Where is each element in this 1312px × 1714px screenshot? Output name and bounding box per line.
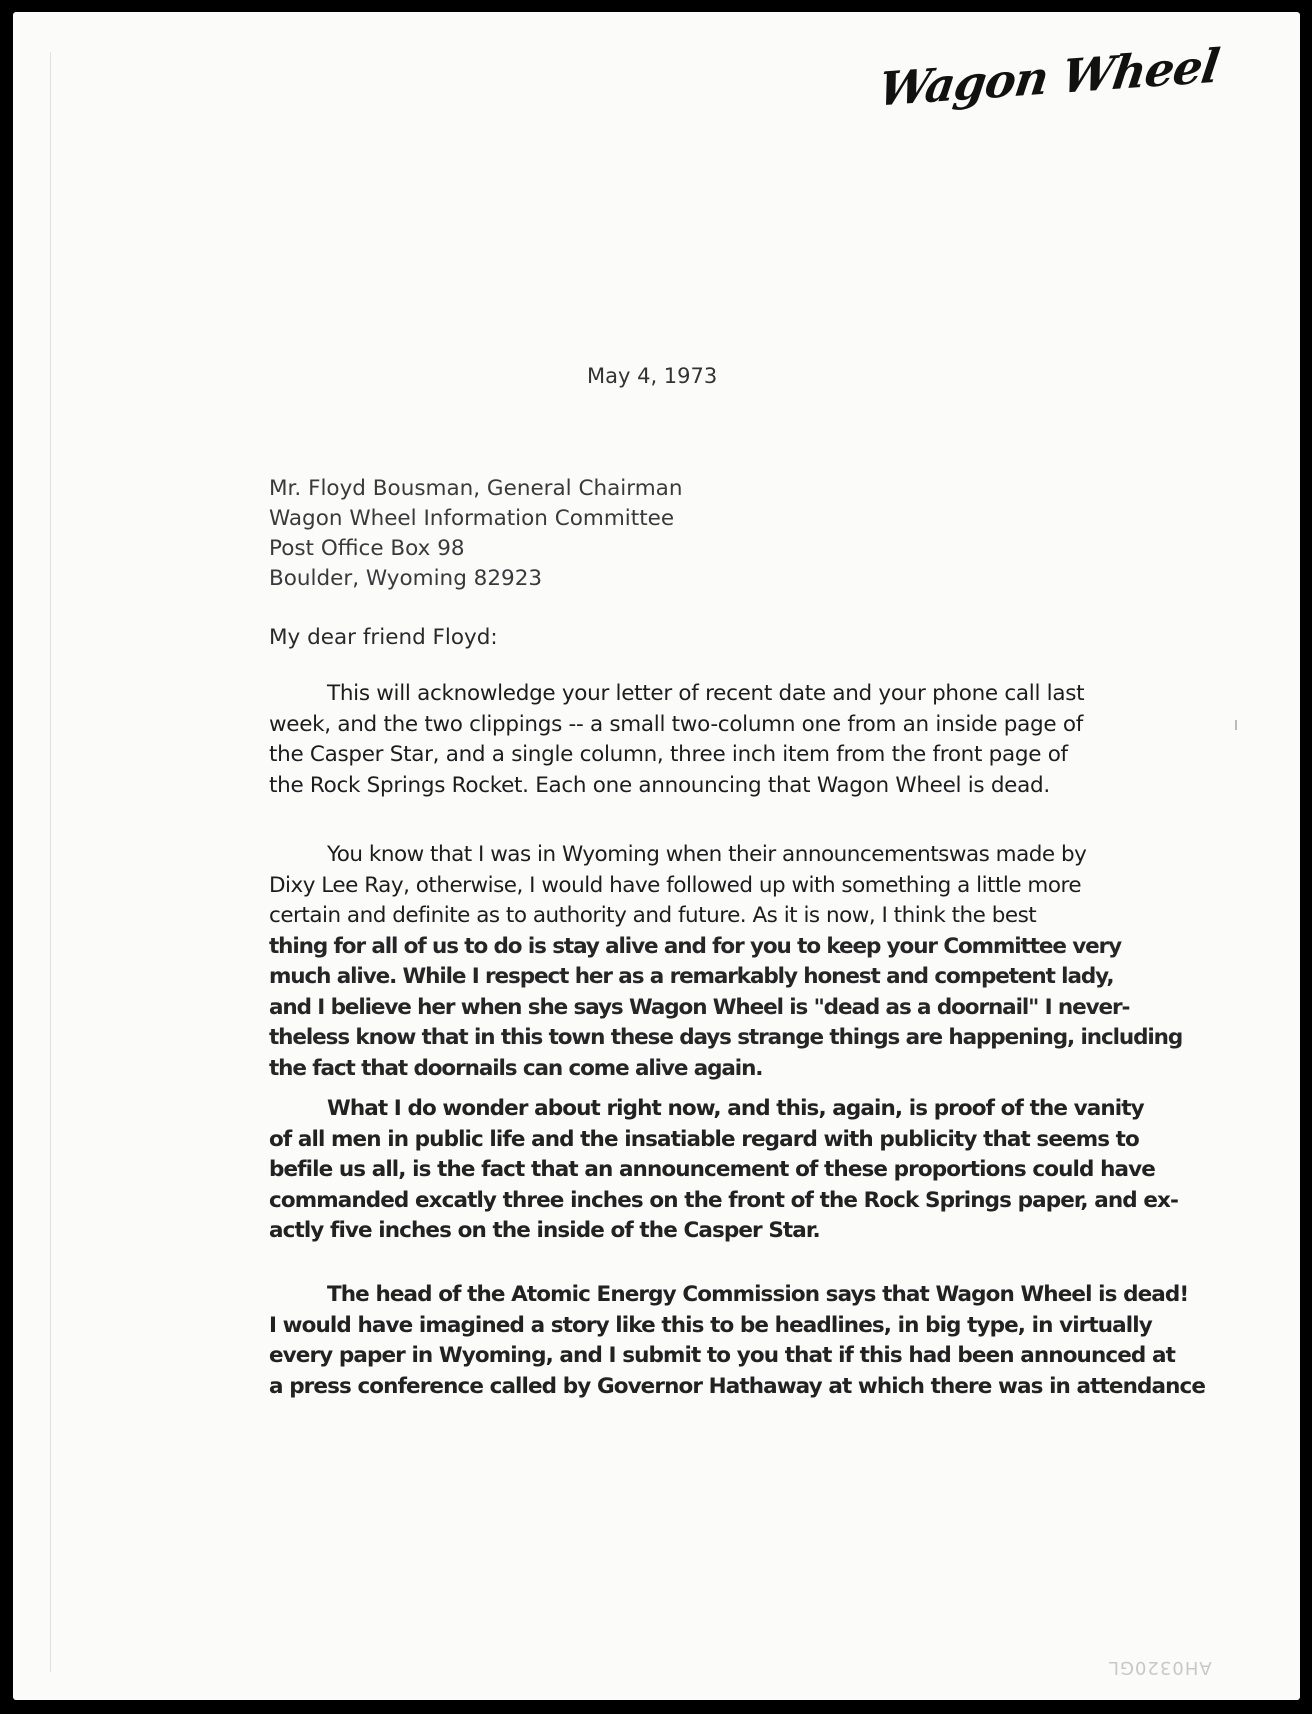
text-line: You know that I was in Wyoming when thei… xyxy=(269,840,1149,871)
text-line: theless know that in this town these day… xyxy=(269,1023,1149,1054)
text-line: thing for all of us to do is stay alive … xyxy=(269,932,1149,963)
text-line: every paper in Wyoming, and I submit to … xyxy=(269,1341,1149,1372)
archive-stamp: AH0320GL xyxy=(1108,1657,1212,1678)
text-line: This will acknowledge your letter of rec… xyxy=(269,679,1149,710)
address-line: Mr. Floyd Bousman, General Chairman xyxy=(269,474,683,504)
text-line: week, and the two clippings -- a small t… xyxy=(269,710,1149,741)
paper-crease xyxy=(50,52,51,1672)
text-line: the fact that doornails can come alive a… xyxy=(269,1054,1149,1085)
text-line: I would have imagined a story like this … xyxy=(269,1311,1149,1342)
address-line: Post Office Box 98 xyxy=(269,534,683,564)
text-line: befile us all, is the fact that an annou… xyxy=(269,1155,1149,1186)
paragraph: You know that I was in Wyoming when thei… xyxy=(269,840,1149,1084)
paragraph: What I do wonder about right now, and th… xyxy=(269,1094,1149,1247)
text-line: a press conference called by Governor Ha… xyxy=(269,1372,1149,1403)
salutation: My dear friend Floyd: xyxy=(269,625,498,650)
text-line: actly five inches on the inside of the C… xyxy=(269,1216,1149,1247)
handwritten-note: Wagon Wheel xyxy=(875,38,1222,116)
text-line: much alive. While I respect her as a rem… xyxy=(269,962,1149,993)
recipient-address: Mr. Floyd Bousman, General Chairman Wago… xyxy=(269,474,683,594)
text-line: the Rock Springs Rocket. Each one announ… xyxy=(269,771,1149,802)
text-line: and I believe her when she says Wagon Wh… xyxy=(269,993,1149,1024)
text-line: certain and definite as to authority and… xyxy=(269,901,1149,932)
address-line: Wagon Wheel Information Committee xyxy=(269,504,683,534)
paper-mark xyxy=(1235,720,1237,730)
paragraph: This will acknowledge your letter of rec… xyxy=(269,679,1149,801)
text-line: Dixy Lee Ray, otherwise, I would have fo… xyxy=(269,871,1149,902)
text-line: the Casper Star, and a single column, th… xyxy=(269,740,1149,771)
text-line: of all men in public life and the insati… xyxy=(269,1125,1149,1156)
letter-page: Wagon Wheel May 4, 1973 Mr. Floyd Bousma… xyxy=(13,12,1300,1700)
address-line: Boulder, Wyoming 82923 xyxy=(269,564,683,594)
letter-date: May 4, 1973 xyxy=(587,364,717,388)
paragraph: The head of the Atomic Energy Commission… xyxy=(269,1280,1149,1402)
text-line: The head of the Atomic Energy Commission… xyxy=(269,1280,1149,1311)
text-line: commanded excatly three inches on the fr… xyxy=(269,1186,1149,1217)
text-line: What I do wonder about right now, and th… xyxy=(269,1094,1149,1125)
